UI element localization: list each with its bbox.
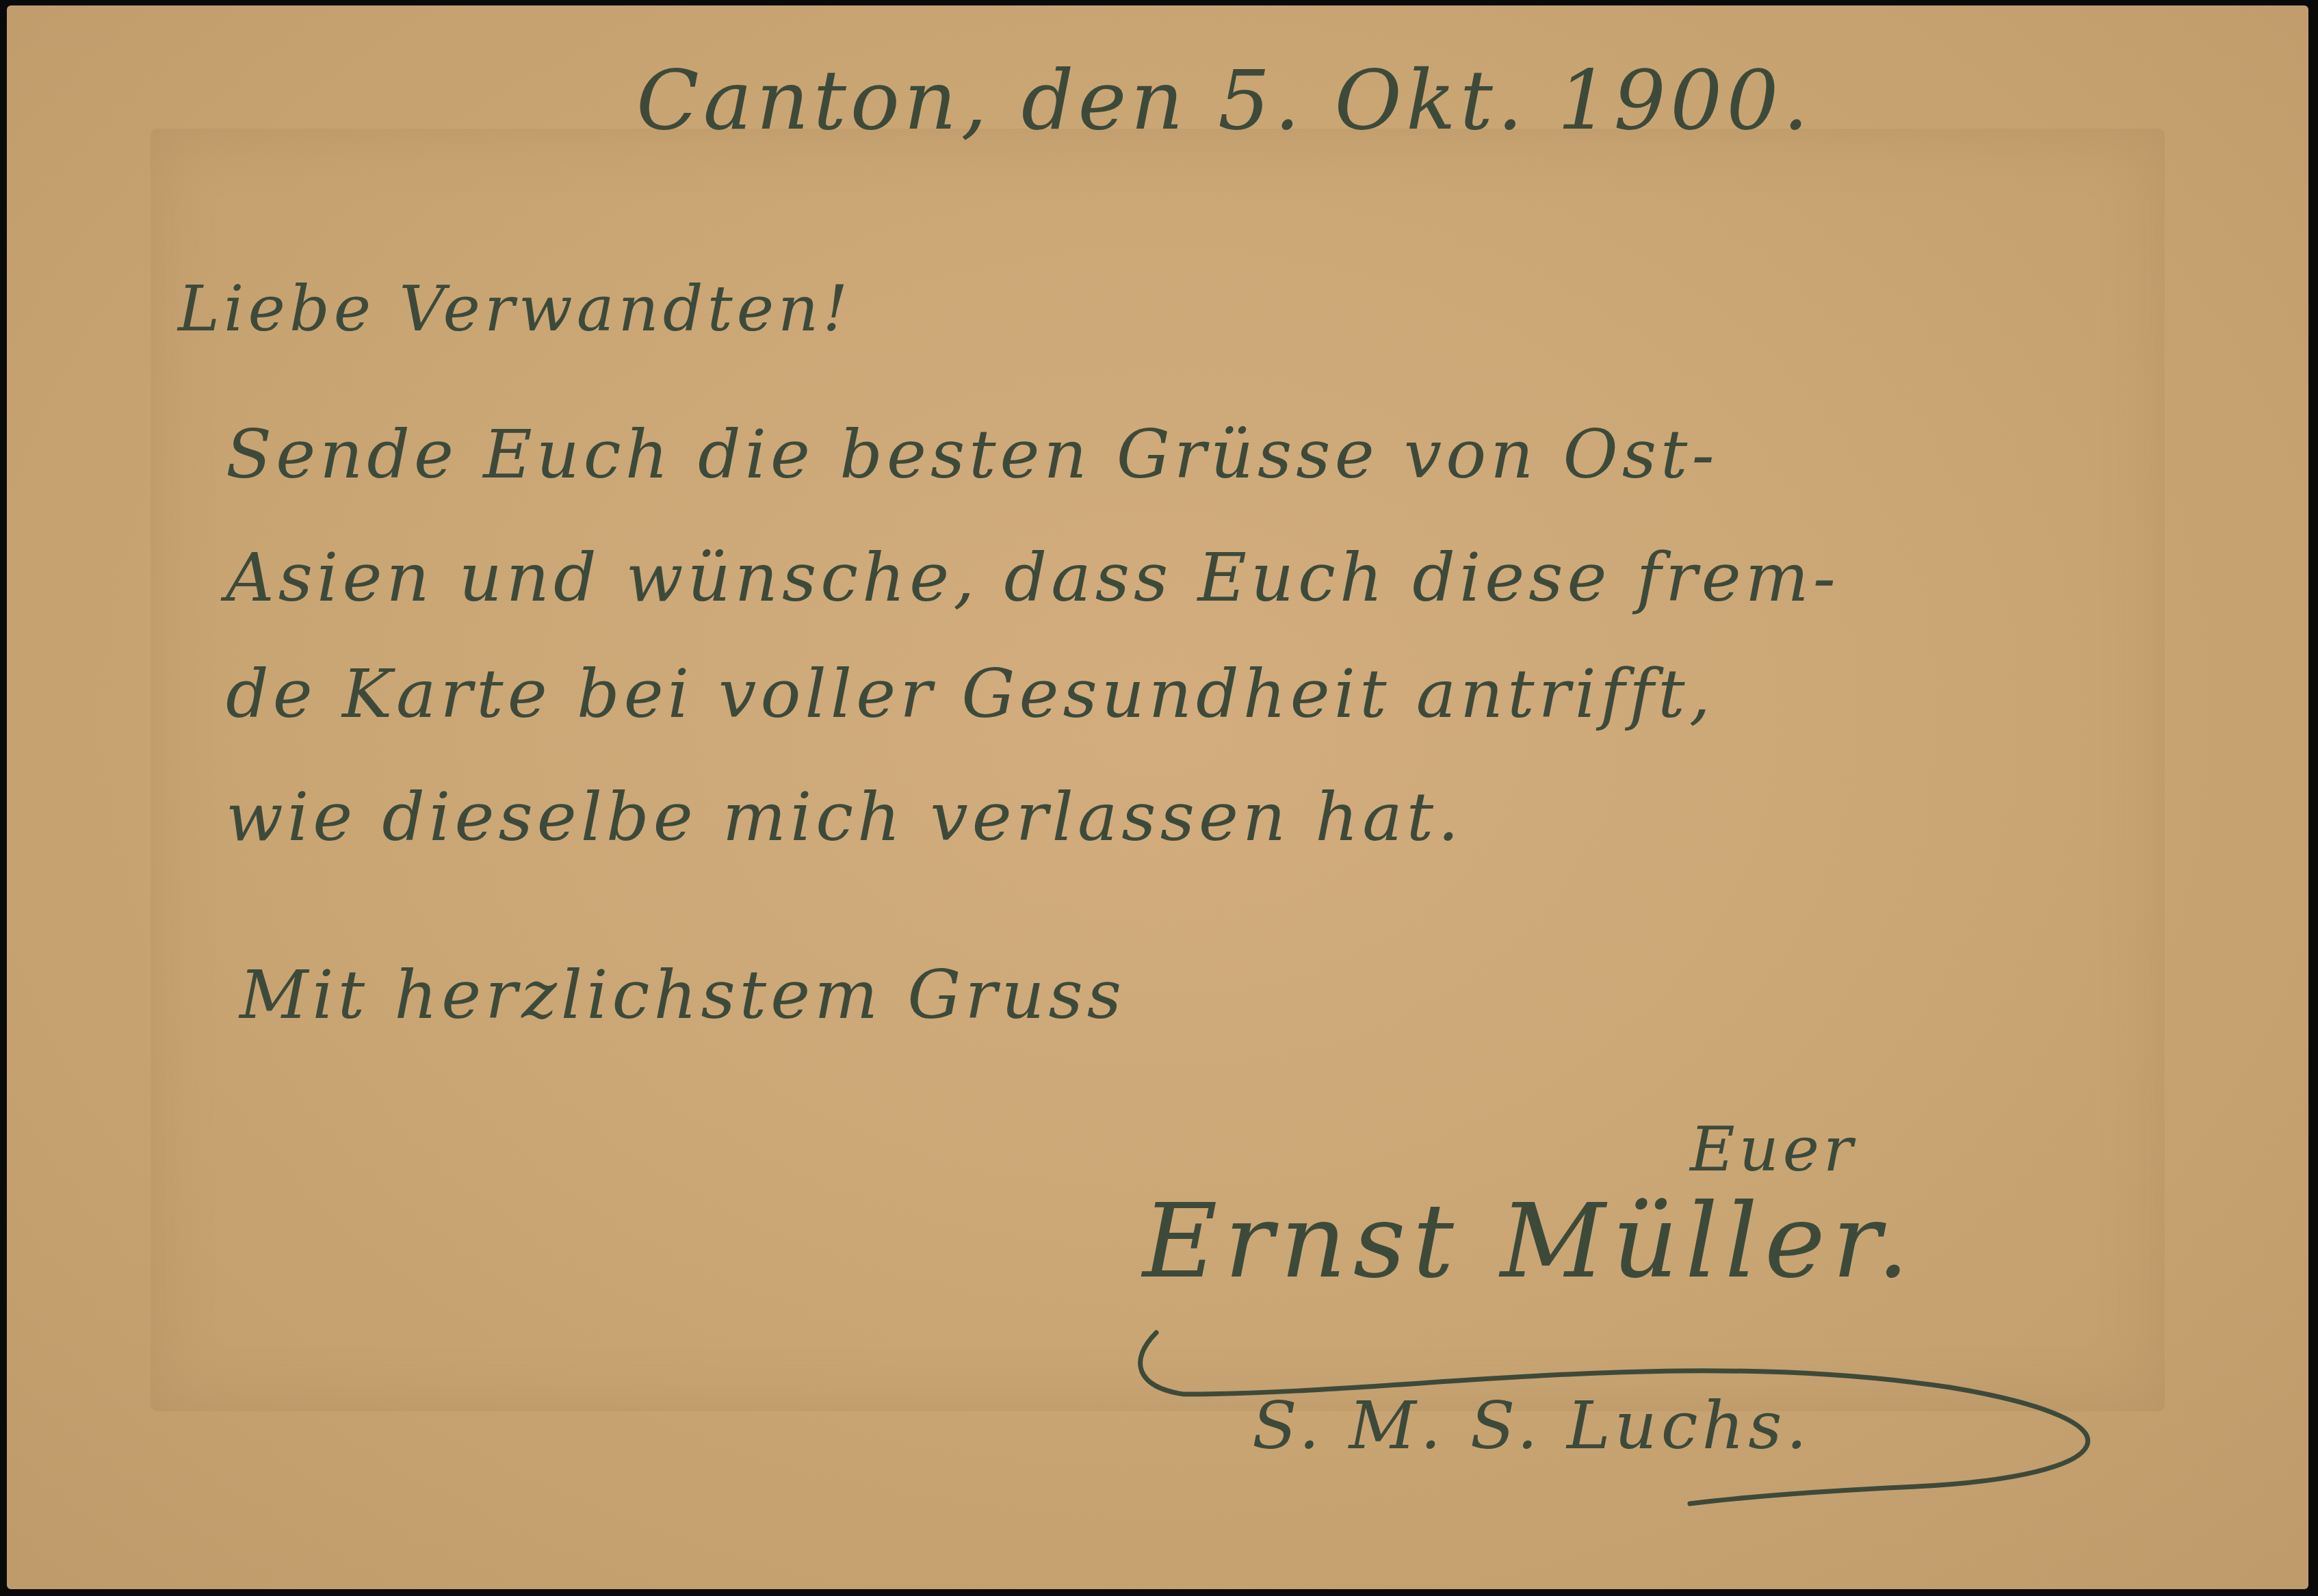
body-line-1: Sende Euch die besten Grüsse von Ost-: [226, 416, 1719, 494]
signature: Ernst Müller.: [1143, 1182, 1916, 1301]
closing-euer: Euer: [1690, 1114, 1857, 1186]
closing: Mit herzlichstem Gruss: [239, 956, 1125, 1034]
body-line-4: wie dieselbe mich verlassen hat.: [226, 779, 1463, 856]
date-line: Canton, den 5. Okt. 1900.: [636, 53, 1813, 148]
body-line-2: Asien und wünsche, dass Euch diese frem-: [226, 539, 1840, 617]
greeting: Liebe Verwandten!: [178, 272, 852, 345]
postcard: Canton, den 5. Okt. 1900. Liebe Verwandt…: [7, 5, 2308, 1589]
body-line-3: de Karte bei voller Gesundheit antrifft,: [226, 655, 1715, 733]
ship-name: S. M. S. Luchs.: [1252, 1387, 1811, 1464]
